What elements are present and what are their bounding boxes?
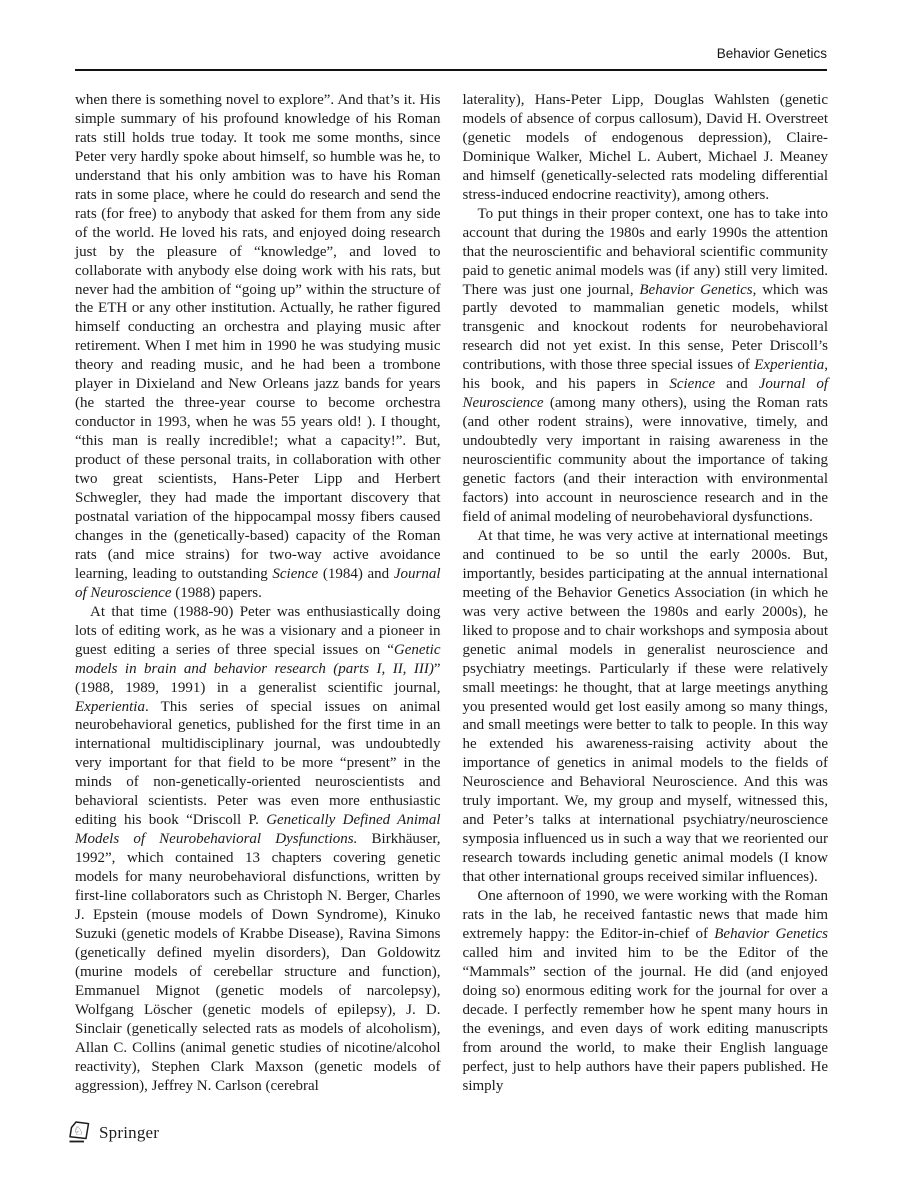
left-column: when there is something novel to explore…	[75, 91, 441, 1096]
journal-page: Behavior Genetics when there is somethin…	[0, 0, 904, 1200]
paragraph: To put things in their proper context, o…	[463, 205, 829, 527]
paragraph: At that time, he was very active at inte…	[463, 527, 829, 887]
paragraph: One afternoon of 1990, we were working w…	[463, 887, 829, 1095]
paragraph: laterality), Hans-Peter Lipp, Douglas Wa…	[463, 91, 829, 205]
header-rule	[75, 69, 827, 71]
springer-horse-knight-icon: ♘	[67, 1120, 91, 1145]
publisher-footer: ♘ Springer	[67, 1120, 159, 1145]
journal-title: Behavior Genetics	[717, 46, 827, 61]
right-column: laterality), Hans-Peter Lipp, Douglas Wa…	[463, 91, 829, 1096]
running-head: Behavior Genetics	[75, 46, 827, 62]
paragraph: At that time (1988-90) Peter was enthusi…	[75, 603, 441, 1096]
article-body: when there is something novel to explore…	[75, 91, 828, 1096]
publisher-name: Springer	[99, 1123, 159, 1143]
svg-text:♘: ♘	[73, 1124, 83, 1138]
paragraph: when there is something novel to explore…	[75, 91, 441, 603]
